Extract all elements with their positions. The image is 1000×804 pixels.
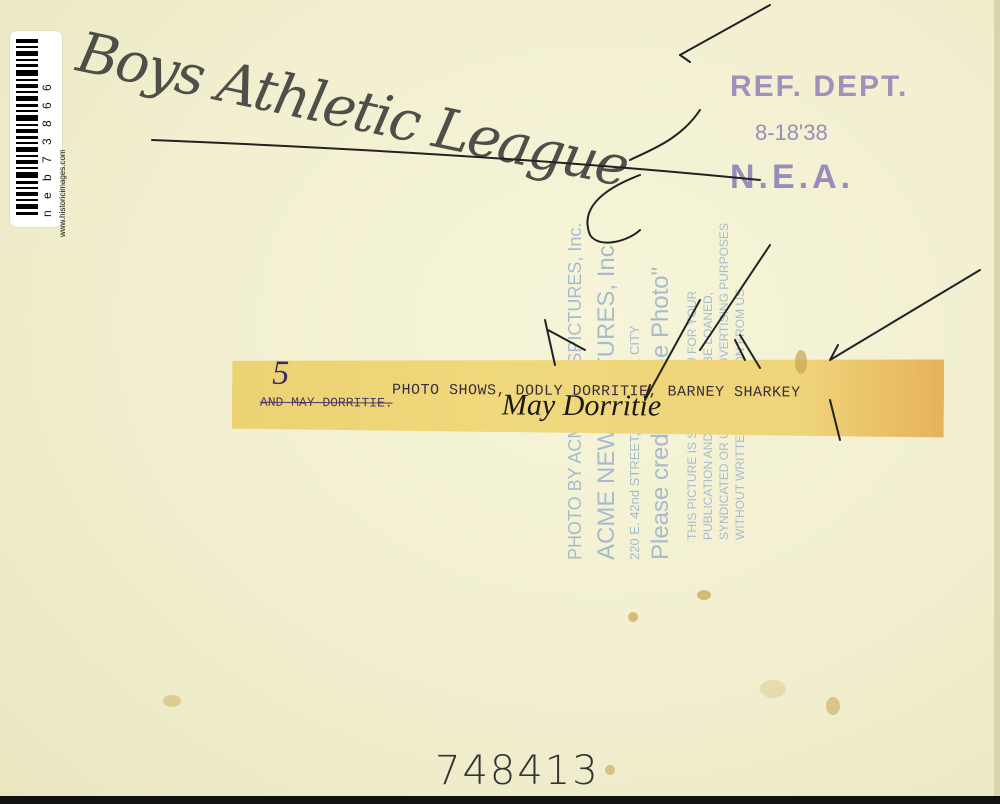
stain: [628, 612, 638, 622]
page-edge: [0, 796, 1000, 804]
nea-stamp: REF. DEPT. 8-18'38 N.E.A.: [700, 60, 920, 200]
nea-org: N.E.A.: [730, 158, 854, 197]
handwritten-number: 748413: [435, 748, 600, 794]
stain: [163, 695, 181, 707]
page-edge: [994, 0, 1000, 804]
caption-tape: 5 PHOTO SHOWS, DODLY DORRITIE, BARNEY SH…: [232, 355, 945, 438]
stain: [760, 680, 786, 698]
barcode-label: n e b 7 3 8 6 6 www.historicimages.com: [10, 31, 62, 227]
stain: [605, 765, 615, 775]
caption-number: 5: [272, 355, 289, 393]
handwritten-title: Boys Athletic League: [71, 20, 633, 200]
stain: [826, 697, 840, 715]
nea-date: 8-18'38: [755, 120, 828, 146]
photo-reverse-page: n e b 7 3 8 6 6 www.historicimages.com B…: [0, 0, 1000, 804]
caption-struck-line: AND MAY DORRITIE.: [260, 395, 393, 411]
stain: [697, 590, 711, 600]
nea-dept: REF. DEPT.: [730, 70, 908, 104]
caption-handwritten: May Dorritie: [502, 388, 661, 423]
barcode-icon: [16, 39, 38, 219]
stain: [795, 350, 807, 374]
barcode-url: www.historicimages.com: [58, 149, 67, 237]
